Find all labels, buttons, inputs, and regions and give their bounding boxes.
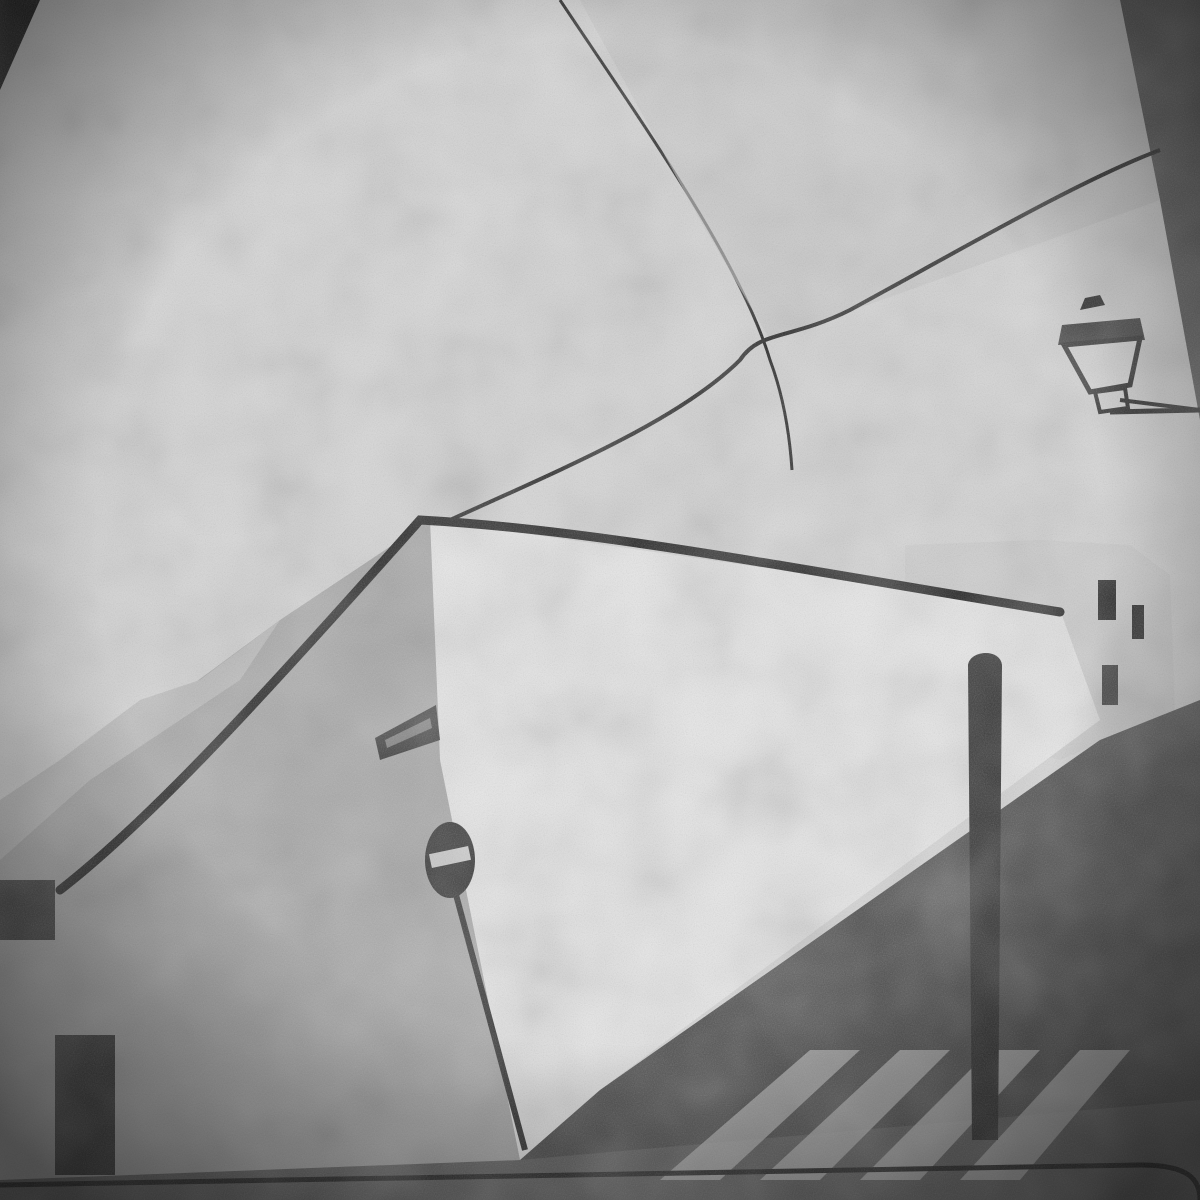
vignette — [0, 0, 1200, 1200]
street-photograph — [0, 0, 1200, 1200]
photo-illustration — [0, 0, 1200, 1200]
